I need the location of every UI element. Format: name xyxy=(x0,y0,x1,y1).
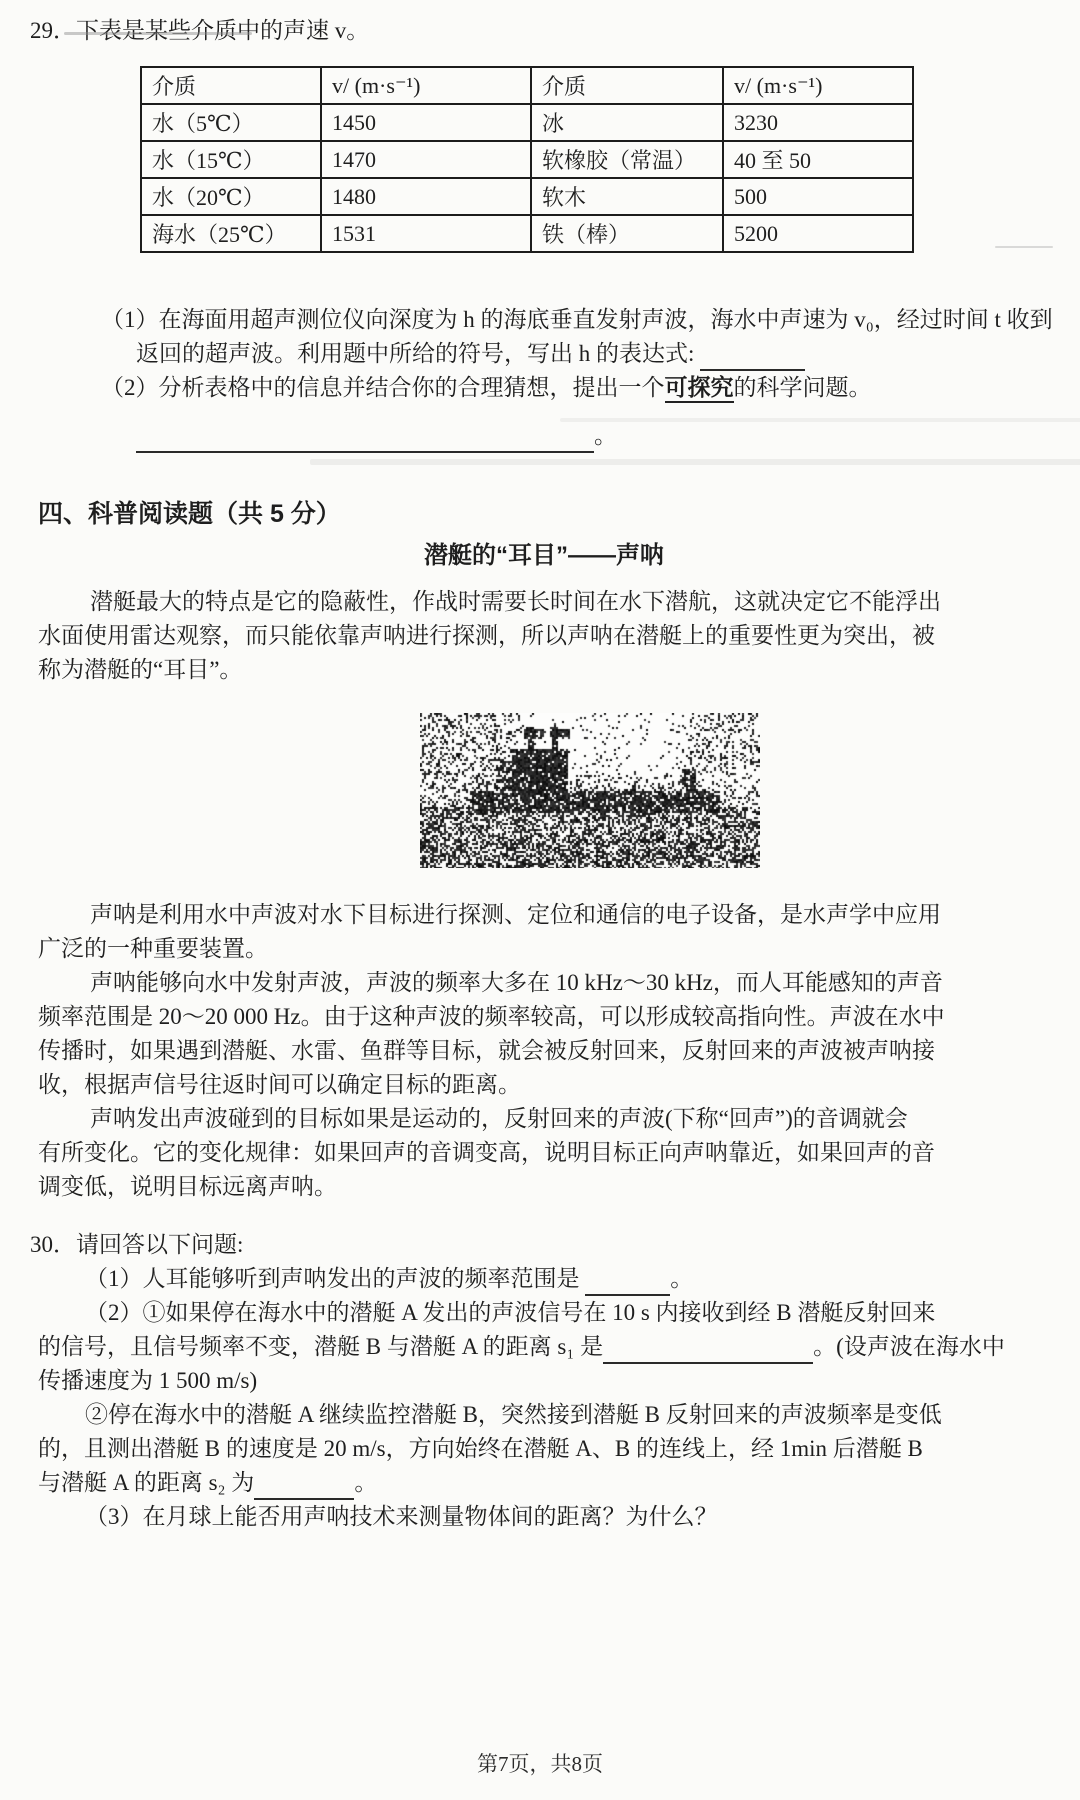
scan-artifact xyxy=(995,246,1053,248)
passage-line: 有所变化。它的变化规律：如果回声的音调变高，说明目标正向声呐靠近，如果回声的音 xyxy=(38,1136,1050,1170)
passage-line: 广泛的一种重要装置。 xyxy=(38,932,1050,966)
passage-line: 声呐发出声波碰到的目标如果是运动的，反射回来的声波(下称“回声”)的音调就会 xyxy=(38,1102,1050,1136)
table-header-medium-2: 介质 xyxy=(531,67,723,104)
passage-line: 收，根据声信号往返时间可以确定目标的距离。 xyxy=(38,1068,1050,1102)
table-cell: 5200 xyxy=(723,215,913,252)
table-cell: 40 至 50 xyxy=(723,141,913,178)
q30-sub2-line4: ②停在海水中的潜艇 A 继续监控潜艇 B，突然接到潜艇 B 反射回来的声波频率是… xyxy=(85,1398,1050,1432)
q29-sub1-line2: 返回的超声波。利用题中所给的符号，写出 h 的表达式: xyxy=(136,337,1050,371)
section-4-heading: 四、科普阅读题（共 5 分） xyxy=(38,497,1050,531)
table-row: 海水（25℃） 1531 铁（棒） 5200 xyxy=(141,215,913,252)
question-29-subquestions: （1）在海面用超声测位仪向深度为 h 的海底垂直发射声波，海水中声速为 v₀，经… xyxy=(38,303,1050,453)
passage-line: 调变低，说明目标远离声呐。 xyxy=(38,1170,1050,1204)
q30-sub1: （1）人耳能够听到声呐发出的声波的频率范围是 。 xyxy=(85,1262,1050,1296)
scan-artifact xyxy=(310,459,1080,465)
q30-sub2-line2: 的信号，且信号频率不变，潜艇 B 与潜艇 A 的距离 s₁ 是。(设声波在海水中 xyxy=(38,1330,1050,1364)
q30-sub2-line6: 与潜艇 A 的距离 s₂ 为。 xyxy=(38,1466,1050,1500)
answer-blank xyxy=(254,1474,354,1500)
table-cell: 水（15℃） xyxy=(141,141,321,178)
table-row: 水（5℃） 1450 冰 3230 xyxy=(141,104,913,141)
exam-page: 29．下表是某些介质中的声速 v。 介质 v/ (m·s⁻¹) 介质 v/ (m… xyxy=(0,0,1080,1800)
q29-sub1-line1: （1）在海面用超声测位仪向深度为 h 的海底垂直发射声波，海水中声速为 v₀，经… xyxy=(101,303,1050,337)
table-cell: 水（20℃） xyxy=(141,178,321,215)
q29-sub2-line: （2）分析表格中的信息并结合你的合理猜想，提出一个可探究的科学问题。 xyxy=(101,371,1050,405)
table-cell: 500 xyxy=(723,178,913,215)
passage-line: 潜艇最大的特点是它的隐蔽性，作战时需要长时间在水下潜航，这就决定它不能浮出 xyxy=(38,585,1050,619)
answer-blank xyxy=(136,427,594,453)
passage-line: 声呐能够向水中发射声波，声波的频率大多在 10 kHz～30 kHz，而人耳能感… xyxy=(38,966,1050,1000)
question-30: 30．请回答以下问题: （1）人耳能够听到声呐发出的声波的频率范围是 。 （2）… xyxy=(38,1228,1050,1534)
underlined-term: 可探究 xyxy=(665,375,734,403)
speed-of-sound-table: 介质 v/ (m·s⁻¹) 介质 v/ (m·s⁻¹) 水（5℃） 1450 冰… xyxy=(140,66,914,253)
table-cell: 1480 xyxy=(321,178,531,215)
q30-sub3: （3）在月球上能否用声呐技术来测量物体间的距离？为什么？ xyxy=(85,1500,1050,1534)
passage-line: 传播时，如果遇到潜艇、水雷、鱼群等目标，就会被反射回来，反射回来的声波被声呐接 xyxy=(38,1034,1050,1068)
table-header-speed-2: v/ (m·s⁻¹) xyxy=(723,67,913,104)
passage-line: 称为潜艇的“耳目”。 xyxy=(38,653,1050,687)
q30-sub2-line5: 的，且测出潜艇 B 的速度是 20 m/s，方向始终在潜艇 A、B 的连线上，经… xyxy=(38,1432,1050,1466)
table-header-medium-1: 介质 xyxy=(141,67,321,104)
answer-blank xyxy=(603,1338,813,1364)
answer-blank xyxy=(585,1270,670,1296)
answer-blank xyxy=(700,345,805,371)
passage-paragraph-1: 潜艇最大的特点是它的隐蔽性，作战时需要长时间在水下潜航，这就决定它不能浮出 水面… xyxy=(38,585,1050,687)
question-29-stem: 29．下表是某些介质中的声速 v。 xyxy=(30,14,1050,48)
q30-sub2-line3: 传播速度为 1 500 m/s) xyxy=(38,1364,1050,1398)
table-cell: 1470 xyxy=(321,141,531,178)
passage-line: 频率范围是 20～20 000 Hz。由于这种声波的频率较高，可以形成较高指向性… xyxy=(38,1000,1050,1034)
passage-paragraph-2: 声呐是利用水中声波对水下目标进行探测、定位和通信的电子设备，是水声学中应用 广泛… xyxy=(38,898,1050,1204)
q30-intro: 30．请回答以下问题: xyxy=(30,1228,1050,1262)
table-cell: 软木 xyxy=(531,178,723,215)
table-cell: 冰 xyxy=(531,104,723,141)
table-header-speed-1: v/ (m·s⁻¹) xyxy=(321,67,531,104)
q29-answer-line: 。 xyxy=(136,419,1050,453)
table-row: 水（15℃） 1470 软橡胶（常温） 40 至 50 xyxy=(141,141,913,178)
scan-artifact xyxy=(64,32,252,35)
q30-sub2-line1: （2）①如果停在海水中的潜艇 A 发出的声波信号在 10 s 内接收到经 B 潜… xyxy=(85,1296,1050,1330)
table-cell: 3230 xyxy=(723,104,913,141)
table-cell: 水（5℃） xyxy=(141,104,321,141)
table-cell: 1450 xyxy=(321,104,531,141)
table-cell: 海水（25℃） xyxy=(141,215,321,252)
table-header-row: 介质 v/ (m·s⁻¹) 介质 v/ (m·s⁻¹) xyxy=(141,67,913,104)
passage-line: 声呐是利用水中声波对水下目标进行探测、定位和通信的电子设备，是水声学中应用 xyxy=(38,898,1050,932)
table-cell: 铁（棒） xyxy=(531,215,723,252)
passage-title: 潜艇的“耳目”——声呐 xyxy=(38,539,1050,573)
page-footer: 第7页，共8页 xyxy=(0,1748,1080,1778)
table-cell: 1531 xyxy=(321,215,531,252)
table-row: 水（20℃） 1480 软木 500 xyxy=(141,178,913,215)
submarine-photo xyxy=(420,713,760,868)
passage-line: 水面使用雷达观察，而只能依靠声呐进行探测，所以声呐在潜艇上的重要性更为突出，被 xyxy=(38,619,1050,653)
scan-artifact xyxy=(560,418,1080,422)
table-cell: 软橡胶（常温） xyxy=(531,141,723,178)
